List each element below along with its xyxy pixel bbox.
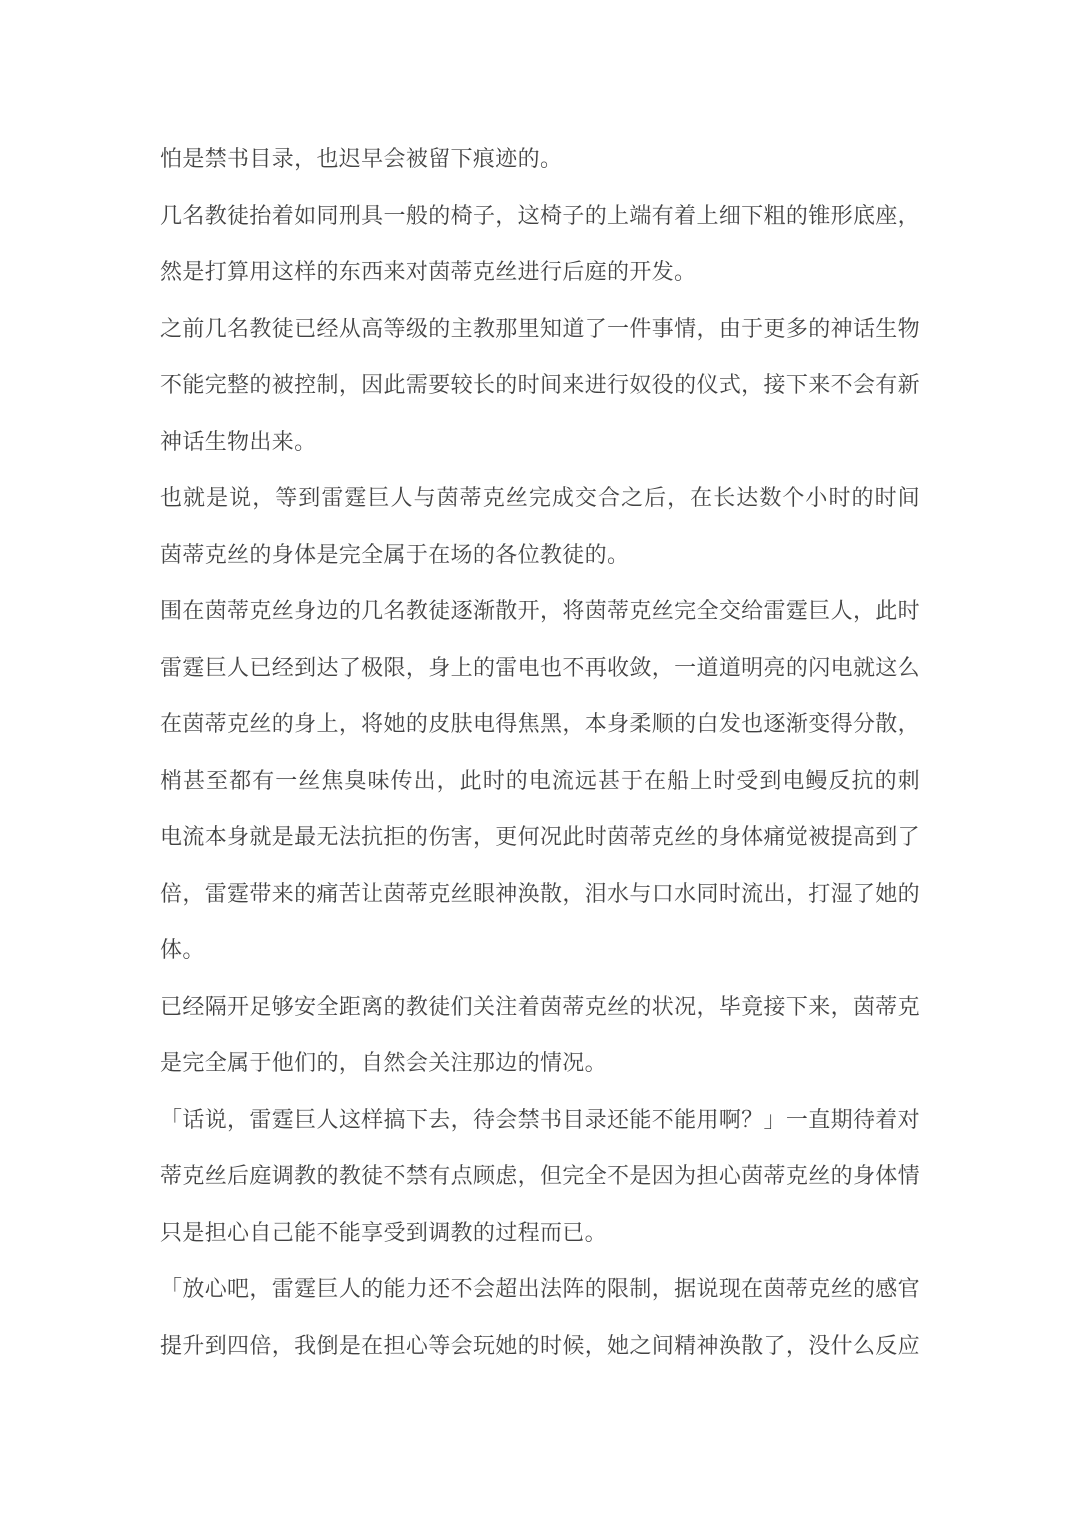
text-line: 之前几名教徒已经从高等级的主教那里知道了一件事情，由于更多的神话生物并 xyxy=(160,301,920,358)
text-line: 电流本身就是最无法抗拒的伤害，更何况此时茵蒂克丝的身体痛觉被提高到了四 xyxy=(160,809,920,866)
text-line: 怕是禁书目录，也迟早会被留下痕迹的。 xyxy=(160,131,920,188)
text-line: 梢甚至都有一丝焦臭味传出，此时的电流远甚于在船上时受到电鳗反抗的刺激， xyxy=(160,753,920,810)
text-line: 倍，雷霆带来的痛苦让茵蒂克丝眼神涣散，泪水与口水同时流出，打湿了她的身 xyxy=(160,866,920,923)
novel-text-block: 怕是禁书目录，也迟早会被留下痕迹的。几名教徒抬着如同刑具一般的椅子，这椅子的上端… xyxy=(160,131,920,1374)
text-line: 也就是说，等到雷霆巨人与茵蒂克丝完成交合之后，在长达数个小时的时间里， xyxy=(160,470,920,527)
text-line: 蒂克丝后庭调教的教徒不禁有点顾虑，但完全不是因为担心茵蒂克丝的身体情况， xyxy=(160,1148,920,1205)
text-line: 只是担心自己能不能享受到调教的过程而已。 xyxy=(160,1205,920,1262)
text-line: 然是打算用这样的东西来对茵蒂克丝进行后庭的开发。 xyxy=(160,244,920,301)
text-line: 雷霆巨人已经到达了极限，身上的雷电也不再收敛，一道道明亮的闪电就这么打 xyxy=(160,640,920,697)
text-line: 围在茵蒂克丝身边的几名教徒逐渐散开，将茵蒂克丝完全交给雷霆巨人，此时的 xyxy=(160,583,920,640)
text-line: 「话说，雷霆巨人这样搞下去，待会禁书目录还能不能用啊？」一直期待着对茵 xyxy=(160,1092,920,1149)
text-line: 茵蒂克丝的身体是完全属于在场的各位教徒的。 xyxy=(160,527,920,584)
text-line: 在茵蒂克丝的身上，将她的皮肤电得焦黑，本身柔顺的白发也逐渐变得分散，发 xyxy=(160,696,920,753)
text-line: 已经隔开足够安全距离的教徒们关注着茵蒂克丝的状况，毕竟接下来，茵蒂克丝 xyxy=(160,979,920,1036)
text-line: 「放心吧，雷霆巨人的能力还不会超出法阵的限制，据说现在茵蒂克丝的感官被 xyxy=(160,1261,920,1318)
text-line: 神话生物出来。 xyxy=(160,414,920,471)
text-line: 提升到四倍，我倒是在担心等会玩她的时候，她之间精神涣散了，没什么反应就 xyxy=(160,1318,920,1375)
text-line: 是完全属于他们的，自然会关注那边的情况。 xyxy=(160,1035,920,1092)
text-line: 体。 xyxy=(160,922,920,979)
text-line: 几名教徒抬着如同刑具一般的椅子，这椅子的上端有着上细下粗的锥形底座，竟 xyxy=(160,188,920,245)
document-page: 怕是禁书目录，也迟早会被留下痕迹的。几名教徒抬着如同刑具一般的椅子，这椅子的上端… xyxy=(0,0,1080,1527)
text-line: 不能完整的被控制，因此需要较长的时间来进行奴役的仪式，接下来不会有新的 xyxy=(160,357,920,414)
